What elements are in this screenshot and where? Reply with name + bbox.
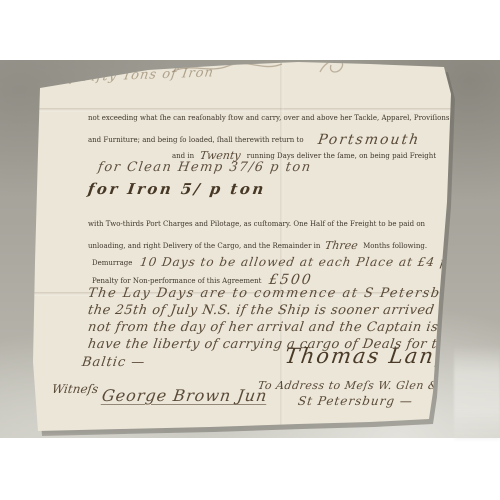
handwritten-laydays-line5: Baltic — <box>81 355 146 370</box>
witness-label: Witneſs <box>51 382 99 396</box>
handwritten-demurrage-terms: 10 Days to be allowed at each Place at £… <box>139 255 481 269</box>
handwritten-return-port: Portsmouth <box>316 132 420 148</box>
printed-and-in: and in <box>172 152 194 160</box>
printed-demurrage-label: Demurrage <box>92 259 132 267</box>
printed-running-days: running Days deliver the ſame, on being … <box>247 152 436 160</box>
witness-signature: George Brown Jun <box>101 386 269 405</box>
handwritten-laydays-line2: the 25th of July N.S. if the Ship is soo… <box>87 303 450 318</box>
address-line1: To Address to Meſs W. Glen & Co <box>257 379 459 392</box>
handwritten-laydays-line3: not from the day of her arrival and the … <box>87 320 458 335</box>
light-patch-bottom-right <box>454 345 500 440</box>
printed-charges-line1: with Two-thirds Port Charges and Pilotag… <box>88 220 425 228</box>
handwritten-freight-hemp: for Clean Hemp 37/6 p ton <box>97 160 313 175</box>
printed-clause-line2: and Furniture; and being ſo loaded, ſhal… <box>88 136 304 144</box>
printed-charges-line2a: unloading, and right Delivery of the Car… <box>88 242 320 250</box>
printed-penalty-label: Penalty for Non-performance of this Agre… <box>92 277 261 285</box>
handwritten-laydays-line1: The Lay Days are to commence at S Peters… <box>87 286 469 301</box>
printed-charges-line2b: Months following. <box>363 242 427 250</box>
handwritten-freight-iron: for Iron 5/ p ton <box>87 180 267 198</box>
fold-crease-top <box>30 108 455 112</box>
handwritten-months-count: Three <box>324 239 359 252</box>
document-paper: of Fifty Tons of Iron not exceeding what… <box>30 62 455 434</box>
address-line2: St Petersburg — <box>297 394 414 408</box>
printed-clause-line1: not exceeding what ſhe can reaſonably ſt… <box>88 114 449 122</box>
